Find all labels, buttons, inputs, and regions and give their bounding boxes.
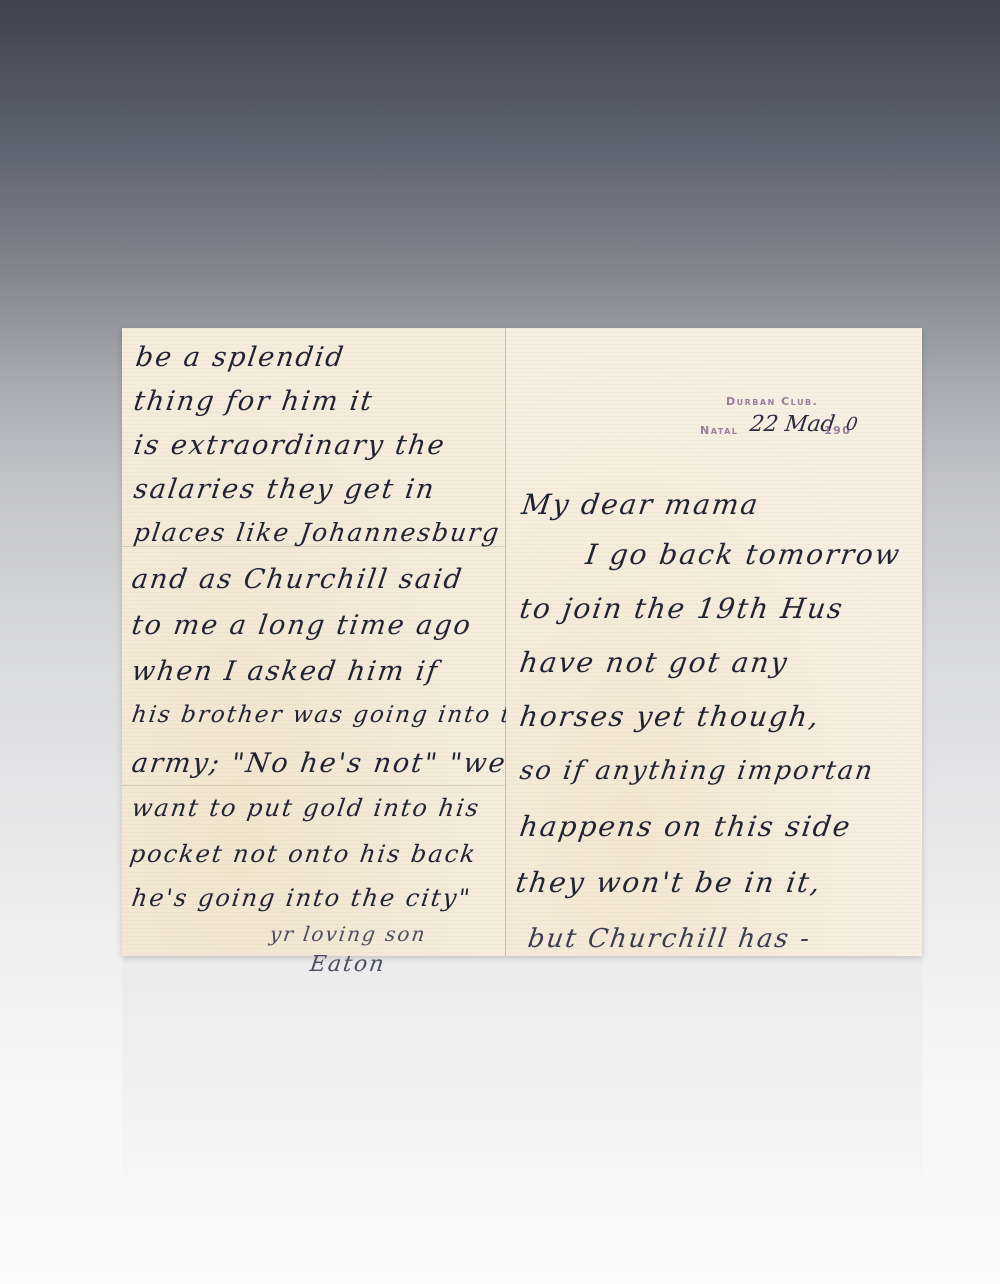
handwritten-line: horses yet though, xyxy=(518,700,823,733)
handwritten-line: they won't be in it, xyxy=(514,866,824,899)
fold-crease xyxy=(122,785,505,786)
handwritten-line: thing for him it xyxy=(132,386,376,417)
left-page: be a splendid thing for him it is extrao… xyxy=(122,328,506,956)
handwritten-line: have not got any xyxy=(518,646,791,679)
closing: yr loving son xyxy=(268,922,428,946)
table-reflection xyxy=(122,956,922,1216)
letterhead-place: Natal xyxy=(700,424,738,437)
handwritten-line: salaries they get in xyxy=(132,474,438,505)
handwritten-line: to join the 19th Hus xyxy=(518,592,846,625)
handwritten-line: pocket not onto his back xyxy=(128,840,479,868)
handwritten-line: I go back tomorrow xyxy=(584,538,904,571)
handwritten-line: be a splendid xyxy=(134,342,347,373)
salutation: My dear mama xyxy=(520,488,762,521)
handwritten-line: so if anything importan xyxy=(518,756,876,786)
right-page: Durban Club. Natal 22 Mad 190 0 My dear … xyxy=(506,328,922,956)
letter: be a splendid thing for him it is extrao… xyxy=(122,328,922,956)
handwritten-line: and as Churchill said xyxy=(130,564,465,595)
handwritten-line: to me a long time ago xyxy=(130,610,474,641)
handwritten-line: his brother was going into the xyxy=(130,702,546,728)
handwritten-line: army; "No he's not" "we xyxy=(130,748,509,779)
handwritten-line: is extraordinary the xyxy=(132,430,448,461)
handwritten-line: he's going into the city" xyxy=(130,884,473,912)
handwritten-line: when I asked him if xyxy=(130,656,441,687)
handwritten-line: want to put gold into his xyxy=(130,794,482,822)
handwritten-line: happens on this side xyxy=(518,810,854,843)
handwritten-line: but Churchill has - xyxy=(526,924,813,954)
year-handwritten: 0 xyxy=(845,414,859,435)
letterhead-club: Durban Club. xyxy=(726,395,818,408)
signature: Eaton xyxy=(308,952,387,977)
handwritten-line: places like Johannesburg xyxy=(132,518,502,547)
